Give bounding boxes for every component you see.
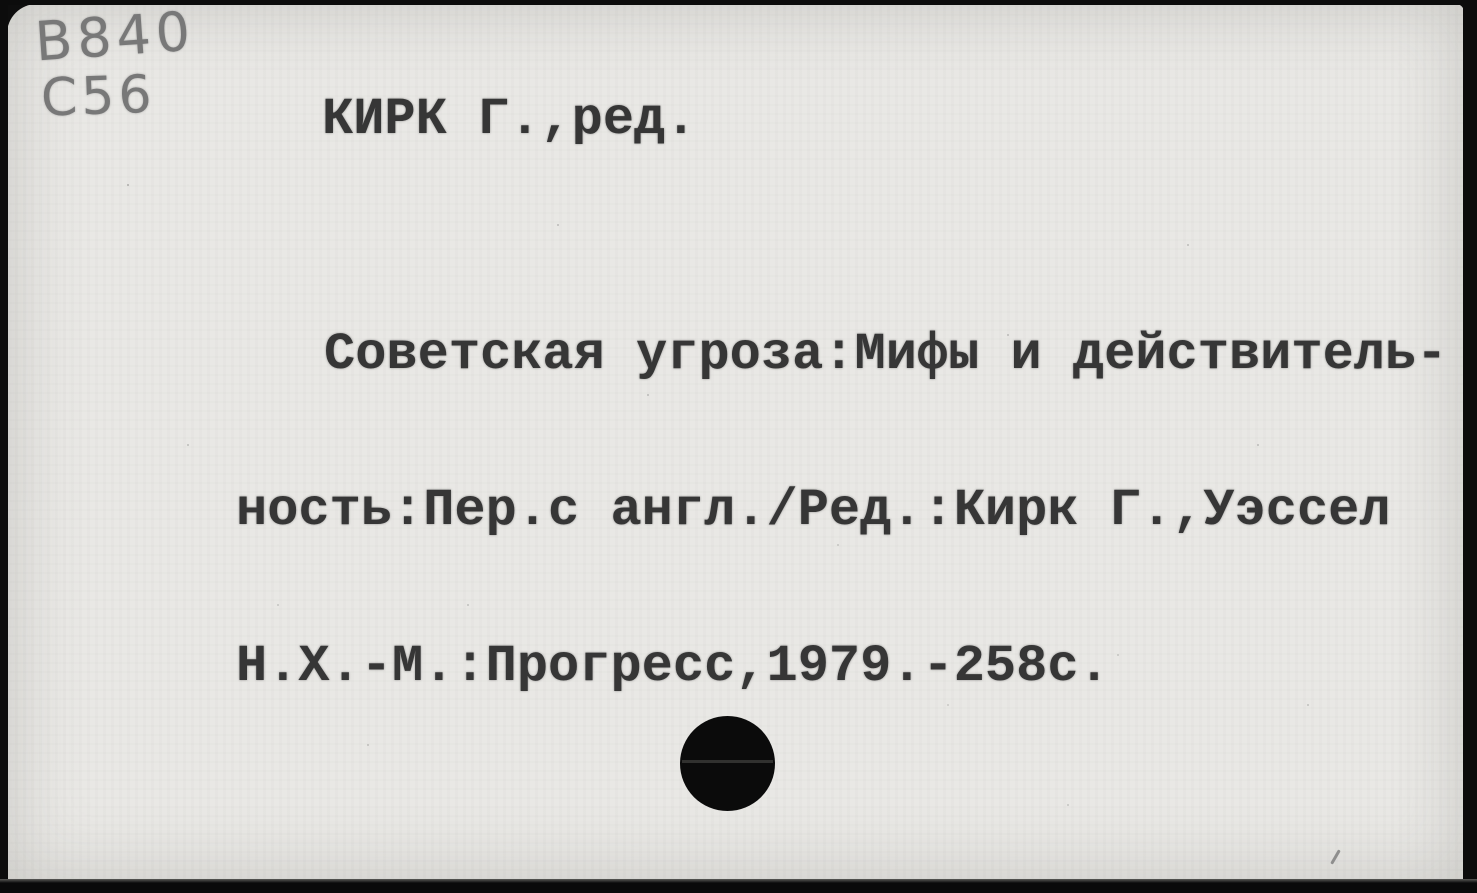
call-number: В840 С56: [35, 10, 195, 122]
scan-edge-right: [1463, 0, 1477, 893]
bibliographic-entry: Советская угроза:Мифы и действитель- нос…: [236, 225, 1447, 797]
scan-edge-left: [0, 0, 8, 893]
pencil-tick-mark: [1330, 849, 1341, 864]
entry-line-3: Н.Х.-М.:Прогресс,1979.-258с.: [236, 641, 1447, 693]
entry-line-1: Советская угроза:Мифы и действитель-: [324, 329, 1447, 381]
call-number-cutter: С56: [40, 67, 196, 124]
hole-punch-dot: [680, 716, 775, 811]
call-number-class: В840: [33, 4, 197, 69]
editor-heading: КИРК Г.,ред.: [322, 94, 696, 146]
paper-speckles: [127, 184, 129, 186]
scan-edge-top: [0, 0, 1477, 5]
catalog-card: В840 С56 КИРК Г.,ред. Советская угроза:М…: [7, 4, 1464, 880]
entry-line-2: ность:Пер.с англ./Ред.:Кирк Г.,Уэссел: [236, 485, 1447, 537]
scan-edge-bottom: [0, 879, 1477, 893]
